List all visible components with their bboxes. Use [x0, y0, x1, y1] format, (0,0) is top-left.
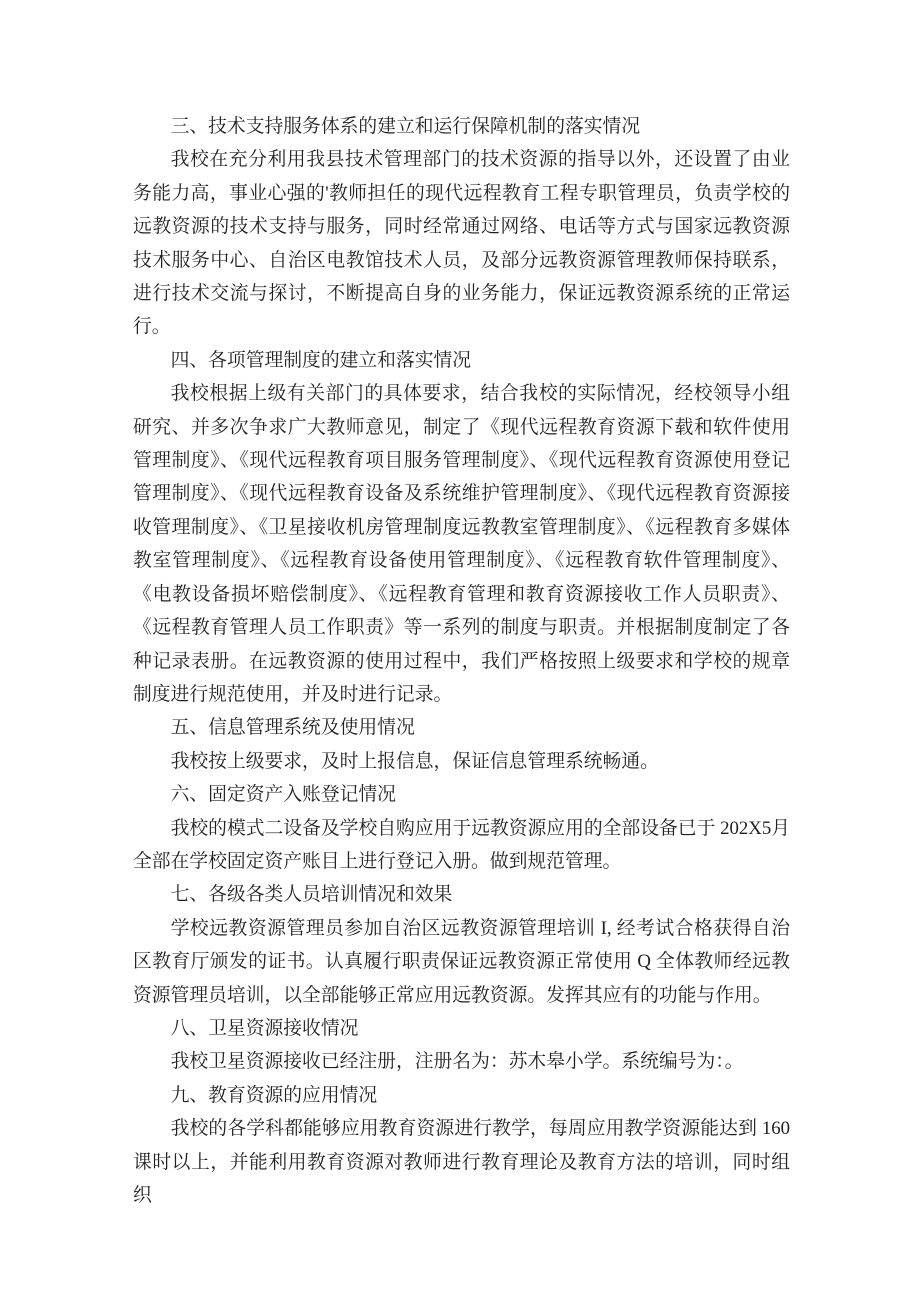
section-9-paragraph: 我校的各学科都能够应用教育资源进行教学，每周应用教学资源能达到 160课时以上，…: [133, 1112, 790, 1212]
section-5-paragraph: 我校按上级要求，及时上报信息，保证信息管理系统畅通。: [133, 745, 790, 778]
document-body: 三、技术支持服务体系的建立和运行保障机制的落实情况 我校在充分利用我县技术管理部…: [133, 110, 790, 1212]
section-8-paragraph: 我校卫星资源接收已经注册，注册名为：苏木皋小学。系统编号为：。: [133, 1045, 790, 1078]
section-6-paragraph: 我校的模式二设备及学校自购应用于远教资源应用的全部设备已于 202X5月全部在学…: [133, 812, 790, 879]
section-3-paragraph: 我校在充分利用我县技术管理部门的技术资源的指导以外，还设置了由业务能力高，事业心…: [133, 143, 790, 343]
section-4-heading: 四、各项管理制度的建立和落实情况: [133, 344, 790, 377]
section-9-heading: 九、教育资源的应用情况: [133, 1079, 790, 1112]
section-6-heading: 六、固定资产入账登记情况: [133, 778, 790, 811]
section-5-heading: 五、信息管理系统及使用情况: [133, 711, 790, 744]
section-7-paragraph: 学校远教资源管理员参加自治区远教资源管理培训 I, 经考试合格获得自治区教育厅颁…: [133, 912, 790, 1012]
section-3-heading: 三、技术支持服务体系的建立和运行保障机制的落实情况: [133, 110, 790, 143]
section-4-paragraph: 我校根据上级有关部门的具体要求，结合我校的实际情况，经校领导小组研究、并多次争求…: [133, 377, 790, 711]
section-8-heading: 八、卫星资源接收情况: [133, 1012, 790, 1045]
document-page: 三、技术支持服务体系的建立和运行保障机制的落实情况 我校在充分利用我县技术管理部…: [0, 0, 920, 1301]
section-7-heading: 七、各级各类人员培训情况和效果: [133, 878, 790, 911]
